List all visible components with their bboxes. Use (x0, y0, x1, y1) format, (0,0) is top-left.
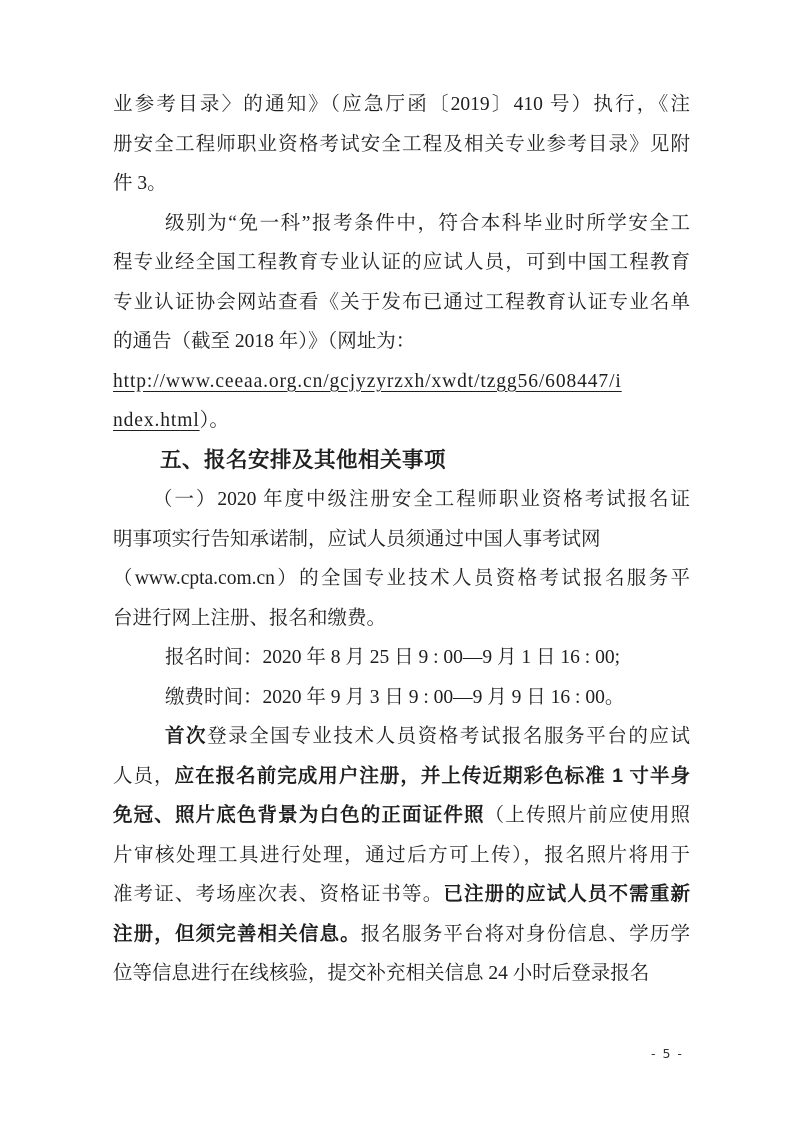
text-line: ndex.html）。 (113, 401, 690, 441)
payment-time: 缴费时间：2020 年 9 月 3 日 9 : 00—9 月 9 日 16 : … (165, 687, 624, 708)
text-line: 程专业经全国工程教育专业认证的应试人员，可到中国工程教育 (113, 243, 690, 283)
text-run: 明事项实行告知承诺制，应试人员须通过中国人事考试网 (113, 529, 601, 550)
text-run-bold: 注册，但须完善相关信息。 (113, 923, 361, 945)
text-line: 五、报名安排及其他相关事项 (113, 441, 690, 481)
text-line: 准考证、考场座次表、资格证书等。已注册的应试人员不需重新 (113, 875, 690, 915)
text-run: 业参考目录〉的通知》（应急厅函〔2019〕410 号）执行，《注 (113, 94, 690, 115)
document-page: 业参考目录〉的通知》（应急厅函〔2019〕410 号）执行，《注 册安全工程师职… (0, 0, 800, 1132)
section-heading: 五、报名安排及其他相关事项 (160, 448, 446, 472)
text-run: 程专业经全国工程教育专业认证的应试人员，可到中国工程教育 (113, 252, 690, 273)
text-line: 台进行网上注册、报名和缴费。 (113, 599, 690, 639)
text-run: 级别为“免一科”报考条件中，符合本科毕业时所学安全工 (165, 213, 690, 234)
text-run: （一）2020 年度中级注册安全工程师职业资格考试报名证 (153, 489, 690, 510)
text-run: 片审核处理工具进行处理，通过后方可上传），报名照片将用于 (113, 845, 690, 866)
text-line: （一）2020 年度中级注册安全工程师职业资格考试报名证 (113, 480, 690, 520)
text-line: 明事项实行告知承诺制，应试人员须通过中国人事考试网 (113, 520, 690, 560)
text-run: 位等信息进行在线核验，提交补充相关信息 24 小时后登录报名 (113, 963, 649, 984)
url-link[interactable]: http://www.ceeaa.org.cn/gcjyzyrzxh/xwdt/… (113, 371, 622, 392)
text-run-bold: 首次 (165, 725, 207, 747)
text-run: 人员， (113, 766, 175, 787)
text-run: （www.cpta.com.cn）的全国专业技术人员资格考试报名服务平 (113, 568, 690, 589)
text-line: 业参考目录〉的通知》（应急厅函〔2019〕410 号）执行，《注 (113, 85, 690, 125)
text-line: 件 3。 (113, 164, 690, 204)
text-line: 缴费时间：2020 年 9 月 3 日 9 : 00—9 月 9 日 16 : … (113, 678, 690, 718)
text-line: 人员，应在报名前完成用户注册，并上传近期彩色标准 1 寸半身 (113, 757, 690, 797)
text-run-bold: 免冠、照片底色背景为白色的正面证件照 (113, 804, 485, 826)
text-run: 件 3。 (113, 173, 167, 194)
text-run: 专业认证协会网站查看《关于发布已通过工程教育认证专业名单 (113, 292, 690, 313)
text-run: 准考证、考场座次表、资格证书等。 (113, 884, 443, 905)
text-line: 报名时间：2020 年 8 月 25 日 9 : 00—9 月 1 日 16 :… (113, 638, 690, 678)
document-body: 业参考目录〉的通知》（应急厅函〔2019〕410 号）执行，《注 册安全工程师职… (113, 85, 690, 994)
text-line: 首次登录全国专业技术人员资格考试报名服务平台的应试 (113, 717, 690, 757)
text-line: 册安全工程师职业资格考试安全工程及相关专业参考目录》见附 (113, 125, 690, 165)
page-number: - 5 - (651, 1046, 683, 1061)
text-line: 级别为“免一科”报考条件中，符合本科毕业时所学安全工 (113, 204, 690, 244)
text-line: （www.cpta.com.cn）的全国专业技术人员资格考试报名服务平 (113, 559, 690, 599)
text-run: （上传照片前应使用照 (485, 805, 690, 826)
url-link[interactable]: ndex.html (113, 410, 200, 431)
text-run-bold: 应在报名前完成用户注册，并上传近期彩色标准 1 寸半身 (175, 765, 690, 787)
text-line: http://www.ceeaa.org.cn/gcjyzyrzxh/xwdt/… (113, 362, 690, 402)
text-line: 免冠、照片底色背景为白色的正面证件照（上传照片前应使用照 (113, 796, 690, 836)
registration-time: 报名时间：2020 年 8 月 25 日 9 : 00—9 月 1 日 16 :… (165, 647, 620, 668)
text-line: 专业认证协会网站查看《关于发布已通过工程教育认证专业名单 (113, 283, 690, 323)
text-run-bold: 已注册的应试人员不需重新 (443, 883, 690, 905)
text-run: 报名服务平台将对身份信息、学历学 (361, 924, 690, 945)
text-line: 片审核处理工具进行处理，通过后方可上传），报名照片将用于 (113, 836, 690, 876)
text-run: ）。 (200, 410, 229, 431)
text-run: 台进行网上注册、报名和缴费。 (113, 608, 386, 629)
text-line: 注册，但须完善相关信息。报名服务平台将对身份信息、学历学 (113, 915, 690, 955)
text-run: 的通告（截至 2018 年）》（网址为： (113, 331, 415, 352)
text-run: 登录全国专业技术人员资格考试报名服务平台的应试 (207, 726, 690, 747)
text-line: 位等信息进行在线核验，提交补充相关信息 24 小时后登录报名 (113, 954, 690, 994)
text-run: 册安全工程师职业资格考试安全工程及相关专业参考目录》见附 (113, 134, 690, 155)
text-line: 的通告（截至 2018 年）》（网址为： (113, 322, 690, 362)
